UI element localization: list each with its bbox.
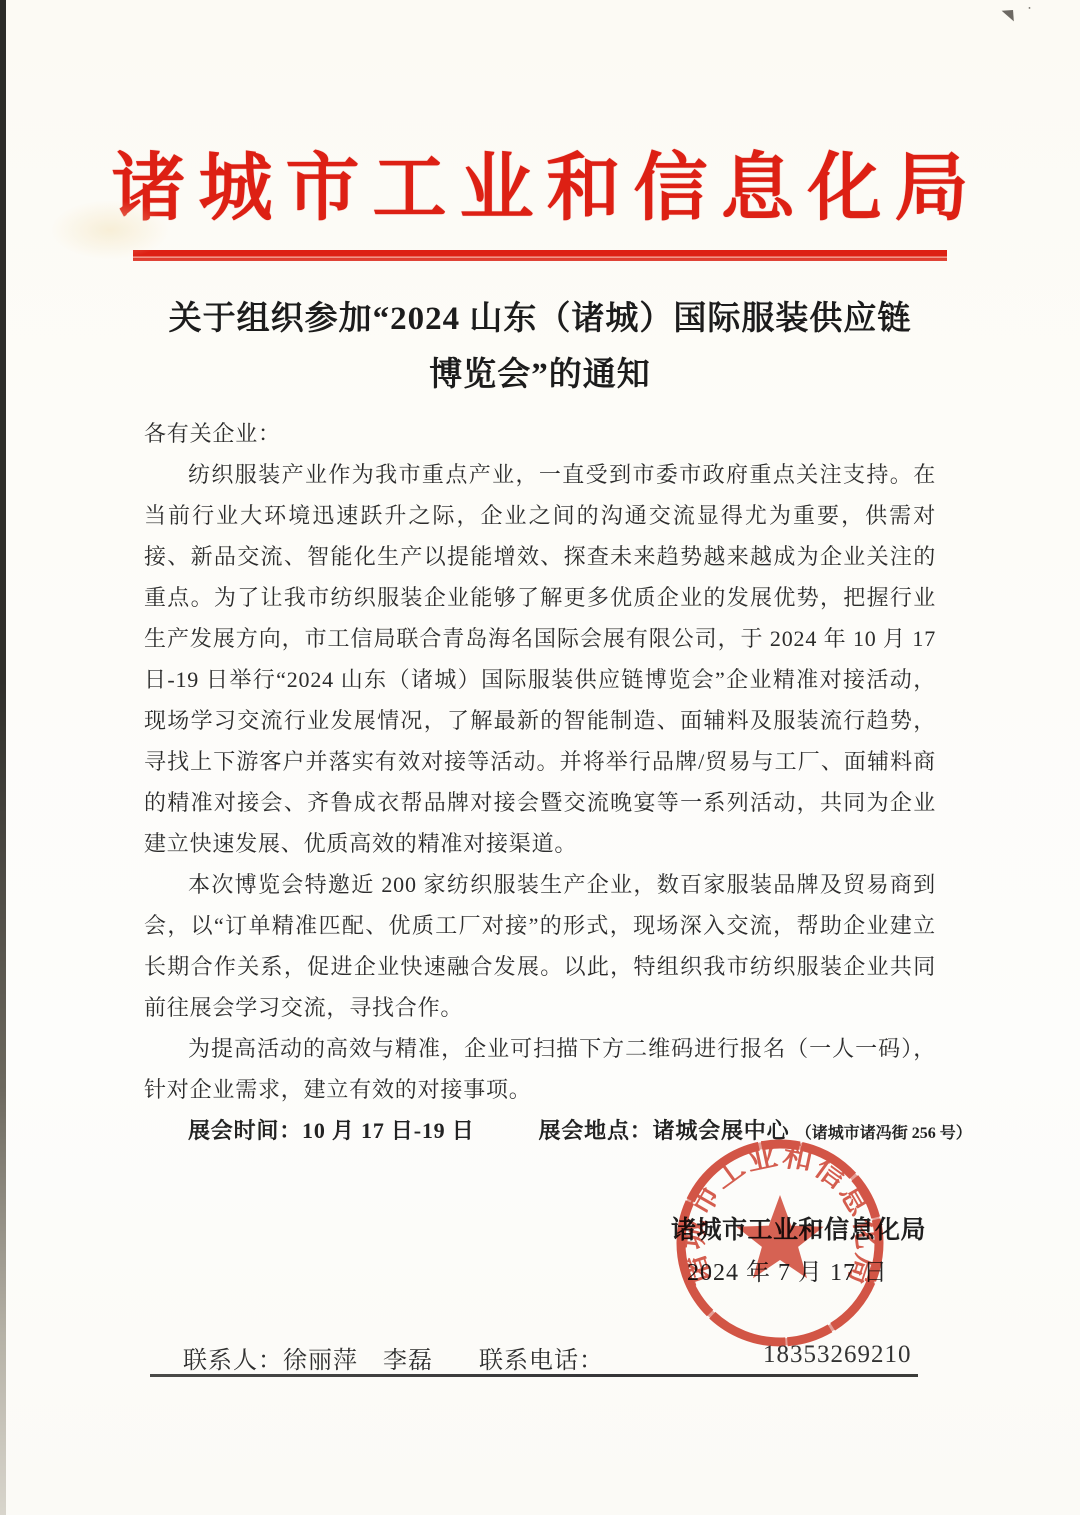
salutation: 各有关企业： — [144, 413, 936, 454]
scan-edge-shadow — [0, 0, 6, 1515]
contact-person-line: 联系人：徐丽萍 李磊 — [183, 1340, 433, 1375]
contact-person-label: 联系人： — [183, 1348, 283, 1374]
document-body: 各有关企业： 纺织服装产业作为我市重点产业，一直受到市委市政府重点关注支持。在当… — [144, 413, 936, 1154]
body-paragraph-2: 本次博览会特邀近 200 家纺织服装生产企业，数百家服装品牌及贸易商到会，以“订… — [144, 864, 936, 1028]
scan-artifact: ◥ ˙ — [1001, 2, 1073, 31]
official-seal: 诸城市工业和信息化局 — [668, 1138, 894, 1352]
body-paragraph-1: 纺织服装产业作为我市重点产业，一直受到市委市政府重点关注支持。在当前行业大环境迅… — [144, 454, 936, 864]
seal-star-icon — [736, 1195, 823, 1278]
header-divider-line — [133, 250, 947, 261]
footer-divider-line — [150, 1374, 918, 1377]
contact-phone-label: 联系电话： — [479, 1340, 604, 1375]
contact-phone-number: 18353269210 — [763, 1341, 912, 1369]
event-time-value: 10 月 17 日-19 日 — [302, 1118, 475, 1143]
body-paragraph-3: 为提高活动的高效与精准，企业可扫描下方二维码进行报名（一人一码），针对企业需求，… — [144, 1028, 936, 1110]
document-title-line2: 博览会”的通知 — [429, 357, 651, 393]
document-title-line1: 关于组织参加“2024 山东（诸城）国际服装供应链 — [169, 301, 912, 337]
event-time-label: 展会时间： — [188, 1118, 302, 1143]
contact-person-names: 徐丽萍 李磊 — [283, 1348, 433, 1374]
document-title: 关于组织参加“2024 山东（诸城）国际服装供应链博览会”的通知 — [110, 291, 970, 403]
scan-stain — [50, 200, 170, 260]
event-place-label: 展会地点： — [539, 1118, 653, 1143]
document-page: ◥ ˙ 诸城市工业和信息化局 关于组织参加“2024 山东（诸城）国际服装供应链… — [0, 0, 1080, 1515]
